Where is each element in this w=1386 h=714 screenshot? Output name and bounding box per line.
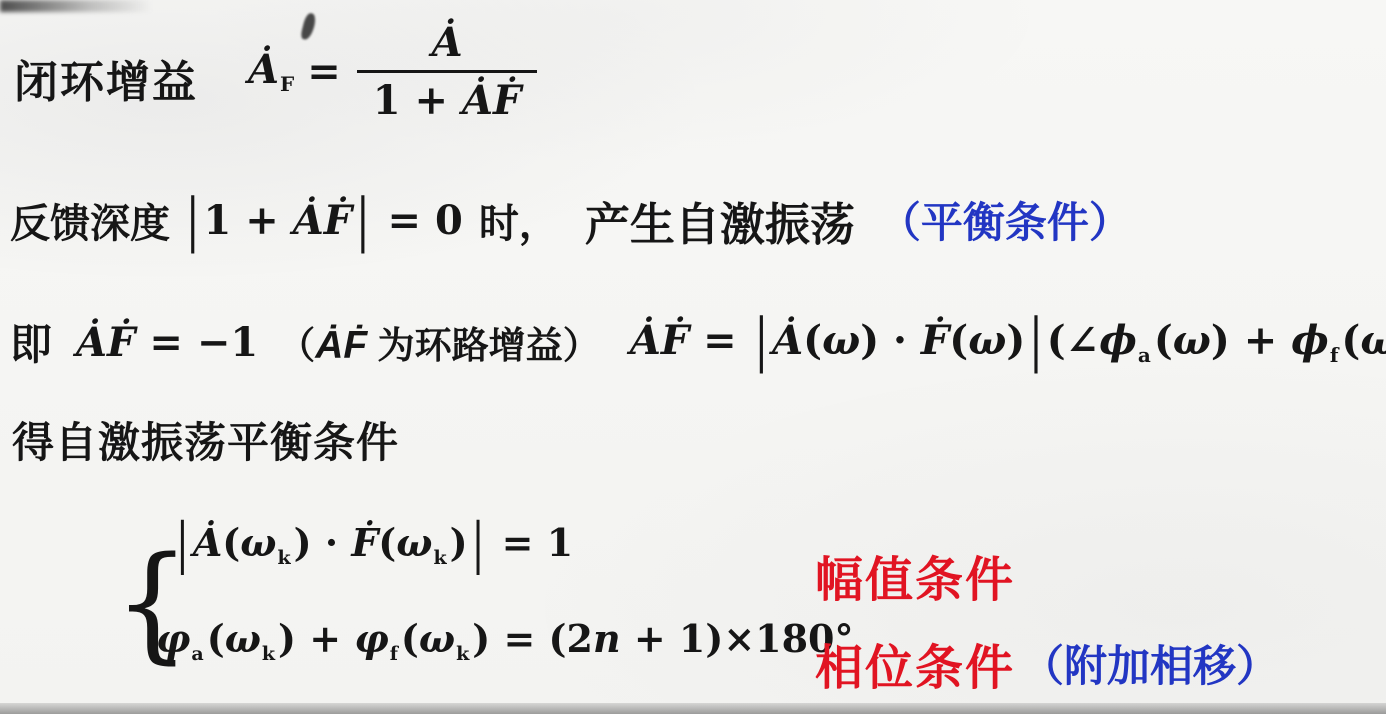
closed-loop-gain-label: 闭环增益: [14, 46, 198, 110]
formula-lhs: ȦF: [248, 46, 297, 96]
additional-phase-shift-note: （附加相移）: [1021, 633, 1279, 694]
phase-condition-label-group: 相位条件 （附加相移）: [815, 629, 1279, 698]
feedback-depth-formula: |1 + ȦḞ| = 0: [182, 197, 463, 244]
phase-condition-equation: φa(ωk) + φf(ωk) = (2n + 1)×180°: [156, 616, 853, 665]
fraction-numerator: Ȧ: [432, 19, 463, 70]
self-oscillation-statement: 产生自激振荡: [585, 188, 855, 253]
loop-gain-parenthetical: （ȦḞ 为环路增益）: [278, 315, 600, 369]
loop-gain-polar-form: ȦḞ = |Ȧ(ω) · Ḟ(ω)|(∠ϕa(ω) + ϕf(ω)): [630, 317, 1386, 367]
phasor-A-symbol: Ȧ: [248, 46, 279, 93]
equilibrium-conditions-heading: 得自激振荡平衡条件: [12, 410, 399, 470]
fraction-denominator: 1 + ȦḞ: [357, 70, 538, 124]
magnitude-condition-equation: |Ȧ(ωk) · Ḟ(ωk)| = 1: [172, 520, 573, 569]
loop-gain-row: 即 ȦḞ = −1 （ȦḞ 为环路增益） ȦḞ = |Ȧ(ω) · Ḟ(ω)|(…: [10, 298, 1386, 386]
loop-gain-equation: ȦḞ = −1: [76, 319, 258, 366]
subscript-F: F: [280, 72, 294, 96]
video-artifact-bottom-band: [0, 703, 1386, 714]
fraction: Ȧ 1 + ȦḞ: [357, 19, 538, 124]
when-text: 时，: [479, 192, 559, 249]
closed-loop-gain-formula: ȦF = Ȧ 1 + ȦḞ: [248, 2, 537, 140]
video-artifact-top-left: [0, 0, 160, 12]
phase-condition-label: 相位条件: [815, 629, 1015, 698]
that-is-label: 即: [10, 312, 52, 372]
feedback-depth-label: 反馈深度: [10, 192, 170, 249]
equilibrium-condition-note: （平衡条件）: [879, 190, 1131, 250]
equals-sign: =: [307, 48, 341, 95]
magnitude-condition-label: 幅值条件: [815, 541, 1015, 610]
lecture-slide: 闭环增益 ȦF = Ȧ 1 + ȦḞ 反馈深度 |1 + ȦḞ| = 0 时， …: [0, 0, 1386, 714]
feedback-depth-row: 反馈深度 |1 + ȦḞ| = 0 时， 产生自激振荡 （平衡条件）: [10, 180, 1131, 260]
